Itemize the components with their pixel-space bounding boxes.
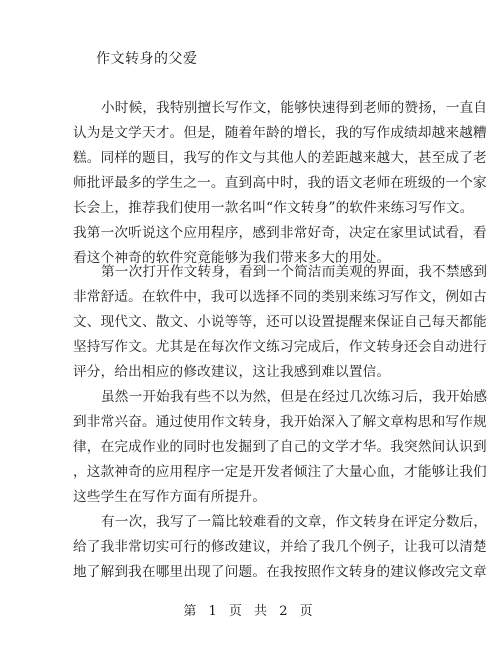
text-line: 第一次打开作文转身，看到一个简洁而美观的界面，我不禁感到 (73, 260, 427, 285)
paragraph-2: 第一次打开作文转身，看到一个简洁而美观的界面，我不禁感到 非常舒适。在软件中，我… (73, 260, 427, 385)
text-line: 虽然一开始我有些不以为然，但是在经过几次练习后，我开始感 (73, 385, 427, 410)
text-line: 我第一次听说这个应用程序，感到非常好奇，决定在家里试试看，看 (73, 221, 427, 246)
page-number-footer: 第 1 页 共 2 页 (0, 603, 500, 621)
text-line: 这些学生在写作方面有所提升。 (73, 485, 427, 510)
text-line: 师批评最多的学生之一。直到高中时，我的语文老师在班级的一个家 (73, 171, 427, 196)
document-page: 作文转身的父爱 小时候，我特别擅长写作文，能够快速得到老师的赞扬，一直自 认为是… (0, 0, 500, 647)
text-line: 非常舒适。在软件中，我可以选择不同的类别来练习写作文，例如古 (73, 285, 427, 310)
paragraph-4: 有一次，我写了一篇比较难看的文章，作文转身在评定分数后， 给了我非常切实可行的修… (73, 510, 427, 585)
paragraph-1: 小时候，我特别擅长写作文，能够快速得到老师的赞扬，一直自 认为是文学天才。但是，… (73, 96, 427, 271)
text-line: 小时候，我特别擅长写作文，能够快速得到老师的赞扬，一直自 (73, 96, 427, 121)
document-title: 作文转身的父爱 (96, 49, 198, 69)
paragraph-3: 虽然一开始我有些不以为然，但是在经过几次练习后，我开始感 到非常兴奋。通过使用作… (73, 385, 427, 510)
text-line: 律，在完成作业的同时也发掘到了自己的文学才华。我突然间认识到 (73, 435, 427, 460)
text-line: 评分，给出相应的修改建议，这让我感到难以置信。 (73, 360, 427, 385)
text-line: 给了我非常切实可行的修改建议，并给了我几个例子，让我可以清楚 (73, 535, 427, 560)
text-line: 文、现代文、散文、小说等等，还可以设置提醒来保证自己每天都能 (73, 310, 427, 335)
text-line: 认为是文学天才。但是，随着年龄的增长，我的写作成绩却越来越糟 (73, 121, 427, 146)
text-line: 到非常兴奋。通过使用作文转身，我开始深入了解文章构思和写作规 (73, 410, 427, 435)
text-line: ，这款神奇的应用程序一定是开发者倾注了大量心血，才能够让我们 (73, 460, 427, 485)
text-line: 坚持写作文。尤其是在每次作文练习完成后，作文转身还会自动进行 (73, 335, 427, 360)
text-line: 长会上，推荐我们使用一款名叫“作文转身”的软件来练习写作文。 (73, 196, 427, 221)
text-line: 有一次，我写了一篇比较难看的文章，作文转身在评定分数后， (73, 510, 427, 535)
text-line: 地了解到我在哪里出现了问题。在我按照作文转身的建议修改完文章 (73, 560, 427, 585)
text-line: 糕。同样的题目，我写的作文与其他人的差距越来越大，甚至成了老 (73, 146, 427, 171)
